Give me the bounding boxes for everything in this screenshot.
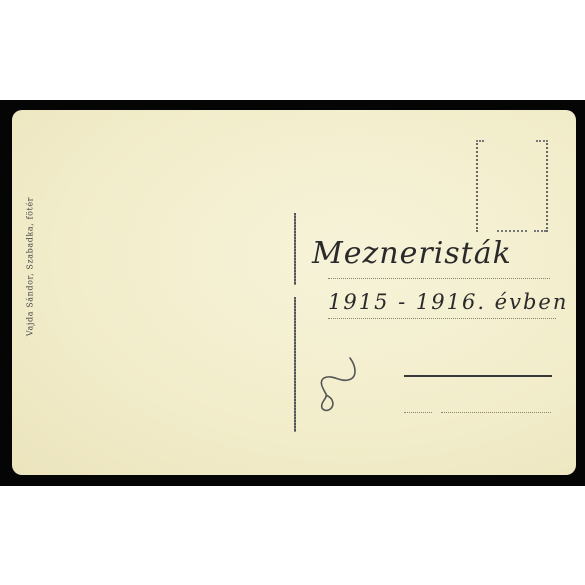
divider-line-lower — [294, 297, 296, 432]
handwritten-title: Mezneristák — [312, 236, 512, 271]
stamp-box-top-right-corner — [536, 140, 548, 142]
address-line-3 — [404, 375, 552, 377]
address-line-4-short — [404, 412, 432, 413]
address-line-4 — [441, 412, 551, 413]
stamp-box-bottom-edge — [497, 230, 527, 232]
stamp-box-top-left-corner — [476, 140, 484, 142]
pencil-mark-icon — [318, 356, 358, 412]
publisher-imprint: Vajda Sándor, Szabadka, fötér — [26, 197, 35, 336]
address-line-2 — [328, 318, 556, 319]
divider-line-upper — [294, 213, 296, 285]
handwritten-years: 1915 - 1916. évben — [328, 290, 568, 314]
stamp-box-left-edge — [476, 140, 478, 232]
stamp-box-bottom-right-corner — [534, 230, 546, 232]
address-line-1 — [328, 278, 550, 279]
stamp-box-right-edge — [546, 140, 548, 232]
